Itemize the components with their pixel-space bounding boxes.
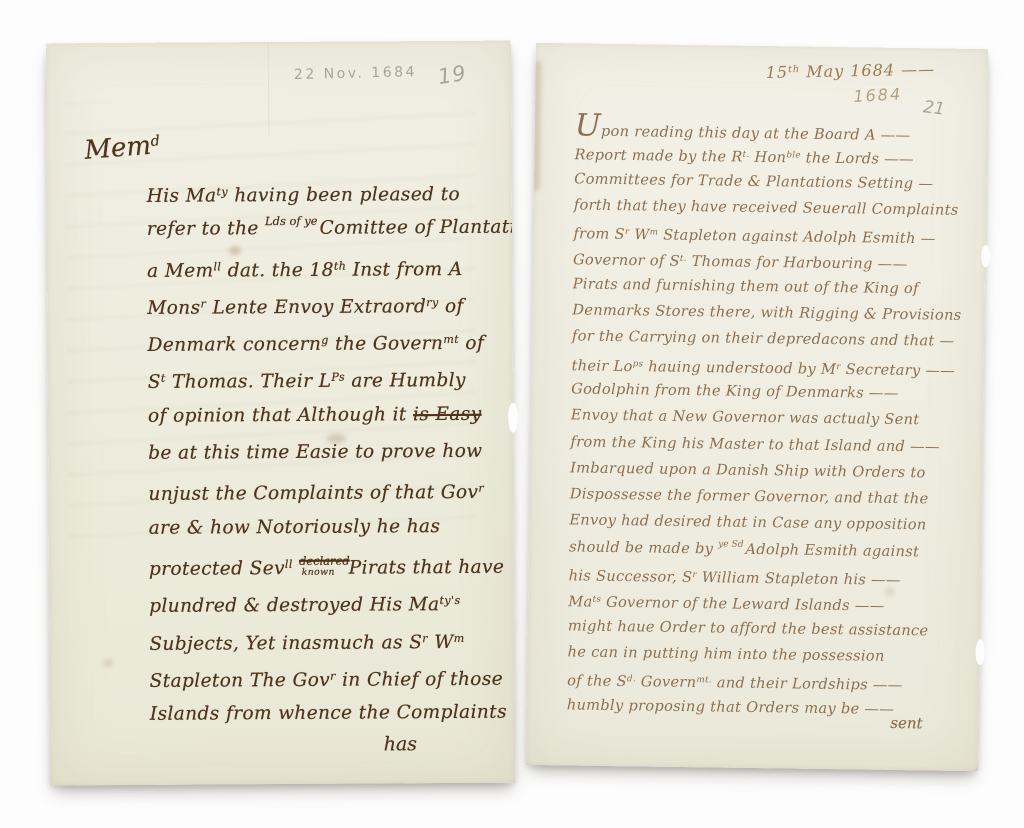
text-segment: Governor of the Leward Islands —— xyxy=(601,594,885,615)
text-segment: protected Sev xyxy=(149,558,285,580)
text-segment: dat. the 18 xyxy=(221,259,334,281)
superscript-text: th xyxy=(334,259,346,272)
manuscript-line: plundred & destroyed His Maty's xyxy=(149,582,509,621)
text-segment: Imbarqued upon a Danish Ship with Orders… xyxy=(570,459,926,481)
paper-surface: 22 Nov. 1684 19 Memd His Maty having bee… xyxy=(46,41,516,786)
text-segment: Adolph Esmith against xyxy=(745,541,919,560)
text-segment: of xyxy=(439,296,464,317)
text-segment: from the King his Master to that Island … xyxy=(570,433,940,455)
manuscript-line: Islands from whence the Complaints xyxy=(150,694,510,733)
manuscript-line: St Thomas. Their LPs are Humbly xyxy=(148,358,508,397)
text-segment: Denmarks Stores there, with Rigging & Pr… xyxy=(572,301,961,323)
manuscript-line: Denmark concerng the Governmt of xyxy=(147,321,507,360)
text-segment: William Stapleton his —— xyxy=(697,569,901,589)
text-segment: Mons xyxy=(147,297,200,318)
text-segment: Hon xyxy=(749,149,786,167)
manuscript-line: protected Sevll declaredknownPirats that… xyxy=(149,545,509,584)
superscript-text: ts xyxy=(592,595,601,605)
text-segment: unjust the Complaints of that Gov xyxy=(148,482,478,505)
text-segment: Dispossesse the former Governor, and tha… xyxy=(570,486,929,508)
text-segment: Govern xyxy=(636,673,697,691)
text-segment: in Chief of those xyxy=(336,669,503,691)
text-segment: Envoy had desired that in Case any oppos… xyxy=(569,512,926,534)
text-segment: the Govern xyxy=(329,333,444,355)
text-segment: Stapleton against Adolph Esmith — xyxy=(658,227,936,248)
superscript-text: mt. xyxy=(696,675,712,685)
paper-notch xyxy=(975,639,984,665)
text-segment: of opinion that Although it xyxy=(148,404,413,427)
text-segment: Report made by the R xyxy=(574,147,742,166)
superscript-text: r xyxy=(478,482,484,495)
text-segment: of the S xyxy=(567,672,627,690)
superscript-text: d. xyxy=(627,674,636,684)
interlinear-insertion: ye Sd xyxy=(718,539,743,549)
manuscript-line: His Maty having been pleased to xyxy=(147,172,507,211)
text-segment: Thomas. Their L xyxy=(166,371,332,393)
text-segment: having been pleased to xyxy=(228,184,460,206)
memorandum-heading: Memd xyxy=(83,130,161,166)
text-segment: are Humbly xyxy=(345,370,466,392)
text-segment: Lente Envoy Extraord xyxy=(206,296,426,318)
text-segment: 15 xyxy=(766,63,789,82)
text-segment: Inst from A xyxy=(346,259,462,281)
text-segment: Thomas for Harbouring —— xyxy=(687,253,908,273)
text-segment: humbly proposing that Orders may be —— xyxy=(567,696,895,718)
text-segment: refer to the xyxy=(147,218,265,240)
interlinear-insertion: known xyxy=(302,567,335,578)
catchword: has xyxy=(384,733,417,755)
text-segment: a Mem xyxy=(147,260,213,281)
text-segment: should be made by xyxy=(569,538,718,557)
paper-notch xyxy=(508,403,518,433)
superscript-text: ty xyxy=(216,185,228,198)
manuscript-line: refer to the Lds of yeComittee of Planta… xyxy=(147,209,507,248)
text-segment: from S xyxy=(573,225,625,243)
superscript-text: ps xyxy=(633,359,644,369)
paper-surface: 15th May 1684 —— 1684 21 Upon reading th… xyxy=(526,43,988,771)
text-segment: Secretary —— xyxy=(841,361,956,380)
manuscript-line: of opinion that Although it is Easy xyxy=(148,395,508,434)
superscript-text: ble xyxy=(786,151,801,161)
superscript-text: mt xyxy=(443,333,459,346)
paper-notch xyxy=(981,245,990,267)
manuscript-line: a Memll dat. the 18th Inst from A xyxy=(147,246,507,285)
text-segment: Subjects, Yet inasmuch as S xyxy=(149,632,422,655)
heading-superscript: d xyxy=(150,133,160,150)
text-segment: Envoy that a New Governor was actualy Se… xyxy=(571,407,920,429)
pencil-date-annotation: 22 Nov. 1684 xyxy=(294,64,417,83)
text-segment: plundred & destroyed His Ma xyxy=(149,594,439,617)
heading-text: Mem xyxy=(83,131,152,166)
pencil-year-annotation: 1684 xyxy=(853,84,903,106)
text-segment: Denmark concern xyxy=(148,334,322,356)
text-segment: W xyxy=(428,632,454,653)
text-segment: Pirats and furnishing them out of the Ki… xyxy=(573,275,919,297)
text-segment: their Lo xyxy=(571,357,632,375)
text-segment: Pirats that have xyxy=(349,557,505,579)
manuscript-line: be at this time Easie to prove how xyxy=(148,433,508,472)
text-segment: Committees for Trade & Plantations Setti… xyxy=(574,170,933,192)
manuscript-line: are & how Notoriously he has xyxy=(149,507,509,546)
text-segment: are & how Notoriously he has xyxy=(149,516,441,539)
pencil-page-number: 21 xyxy=(922,97,946,119)
ink-stain xyxy=(103,659,113,667)
text-segment: His Ma xyxy=(147,185,217,206)
manuscript-line: unjust the Complaints of that Govr xyxy=(148,470,508,509)
text-segment: S xyxy=(148,372,161,393)
manuscript-page-right: 15th May 1684 —— 1684 21 Upon reading th… xyxy=(526,43,988,771)
pencil-page-number: 19 xyxy=(436,61,468,89)
text-segment: forth that they have received Seuerall C… xyxy=(574,196,959,218)
text-segment: of xyxy=(459,333,484,354)
text-segment: Ma xyxy=(568,594,592,611)
superscript-text: th xyxy=(788,64,800,75)
text-segment: is Easy xyxy=(413,404,482,425)
superscript-text: m xyxy=(650,228,659,238)
text-segment: the Lords —— xyxy=(801,150,914,169)
text-segment: Godolphin from the King of Denmarks —— xyxy=(571,380,899,402)
superscript-text: Ps xyxy=(331,371,345,384)
text-segment: his Successor, S xyxy=(569,567,693,586)
superscript-text: ry xyxy=(426,296,438,309)
text-segment: might haue Order to afford the best assi… xyxy=(568,617,929,639)
superscript-text: m xyxy=(454,631,465,644)
text-segment: Stapleton The Gov xyxy=(150,670,331,692)
superscript-text: ll xyxy=(285,558,293,571)
manuscript-line: Subjects, Yet inasmuch as Sr Wm xyxy=(149,619,509,658)
text-segment: for the Carrying on their depredacons an… xyxy=(572,328,955,350)
text-segment: be at this time Easie to prove how xyxy=(148,441,482,464)
interlinear-insertion: declared xyxy=(299,553,350,567)
text-segment: Comittee of Plantations xyxy=(320,217,516,239)
fold-crease xyxy=(268,42,270,137)
edge-stain xyxy=(532,61,542,191)
manuscript-body-left: His Maty having been pleased torefer to … xyxy=(147,172,510,734)
catchword: sent xyxy=(890,714,923,732)
text-segment: May 1684 —— xyxy=(800,59,935,81)
text-segment: Islands from whence the Complaints xyxy=(150,702,507,725)
manuscript-line: Stapleton The Govr in Chief of those xyxy=(149,656,509,695)
superscript-text: ty's xyxy=(439,594,460,607)
text-segment: and their Lordships —— xyxy=(712,674,903,694)
interlinear-insertion: Lds of ye xyxy=(265,214,318,228)
text-segment: W xyxy=(629,226,649,243)
ink-date-heading: 15th May 1684 —— xyxy=(766,59,936,82)
text-segment: he can in putting him into the possessio… xyxy=(567,643,884,664)
manuscript-line: Monsr Lente Envoy Extraordry of xyxy=(147,284,507,323)
text-segment: hauing understood by M xyxy=(643,358,836,378)
text-segment: Governor of S xyxy=(573,252,680,270)
manuscript-body-right: Upon reading this day at the Board A ——R… xyxy=(567,113,967,723)
photograph-background: 22 Nov. 1684 19 Memd His Maty having bee… xyxy=(0,0,1024,828)
manuscript-page-left: 22 Nov. 1684 19 Memd His Maty having bee… xyxy=(46,41,516,786)
